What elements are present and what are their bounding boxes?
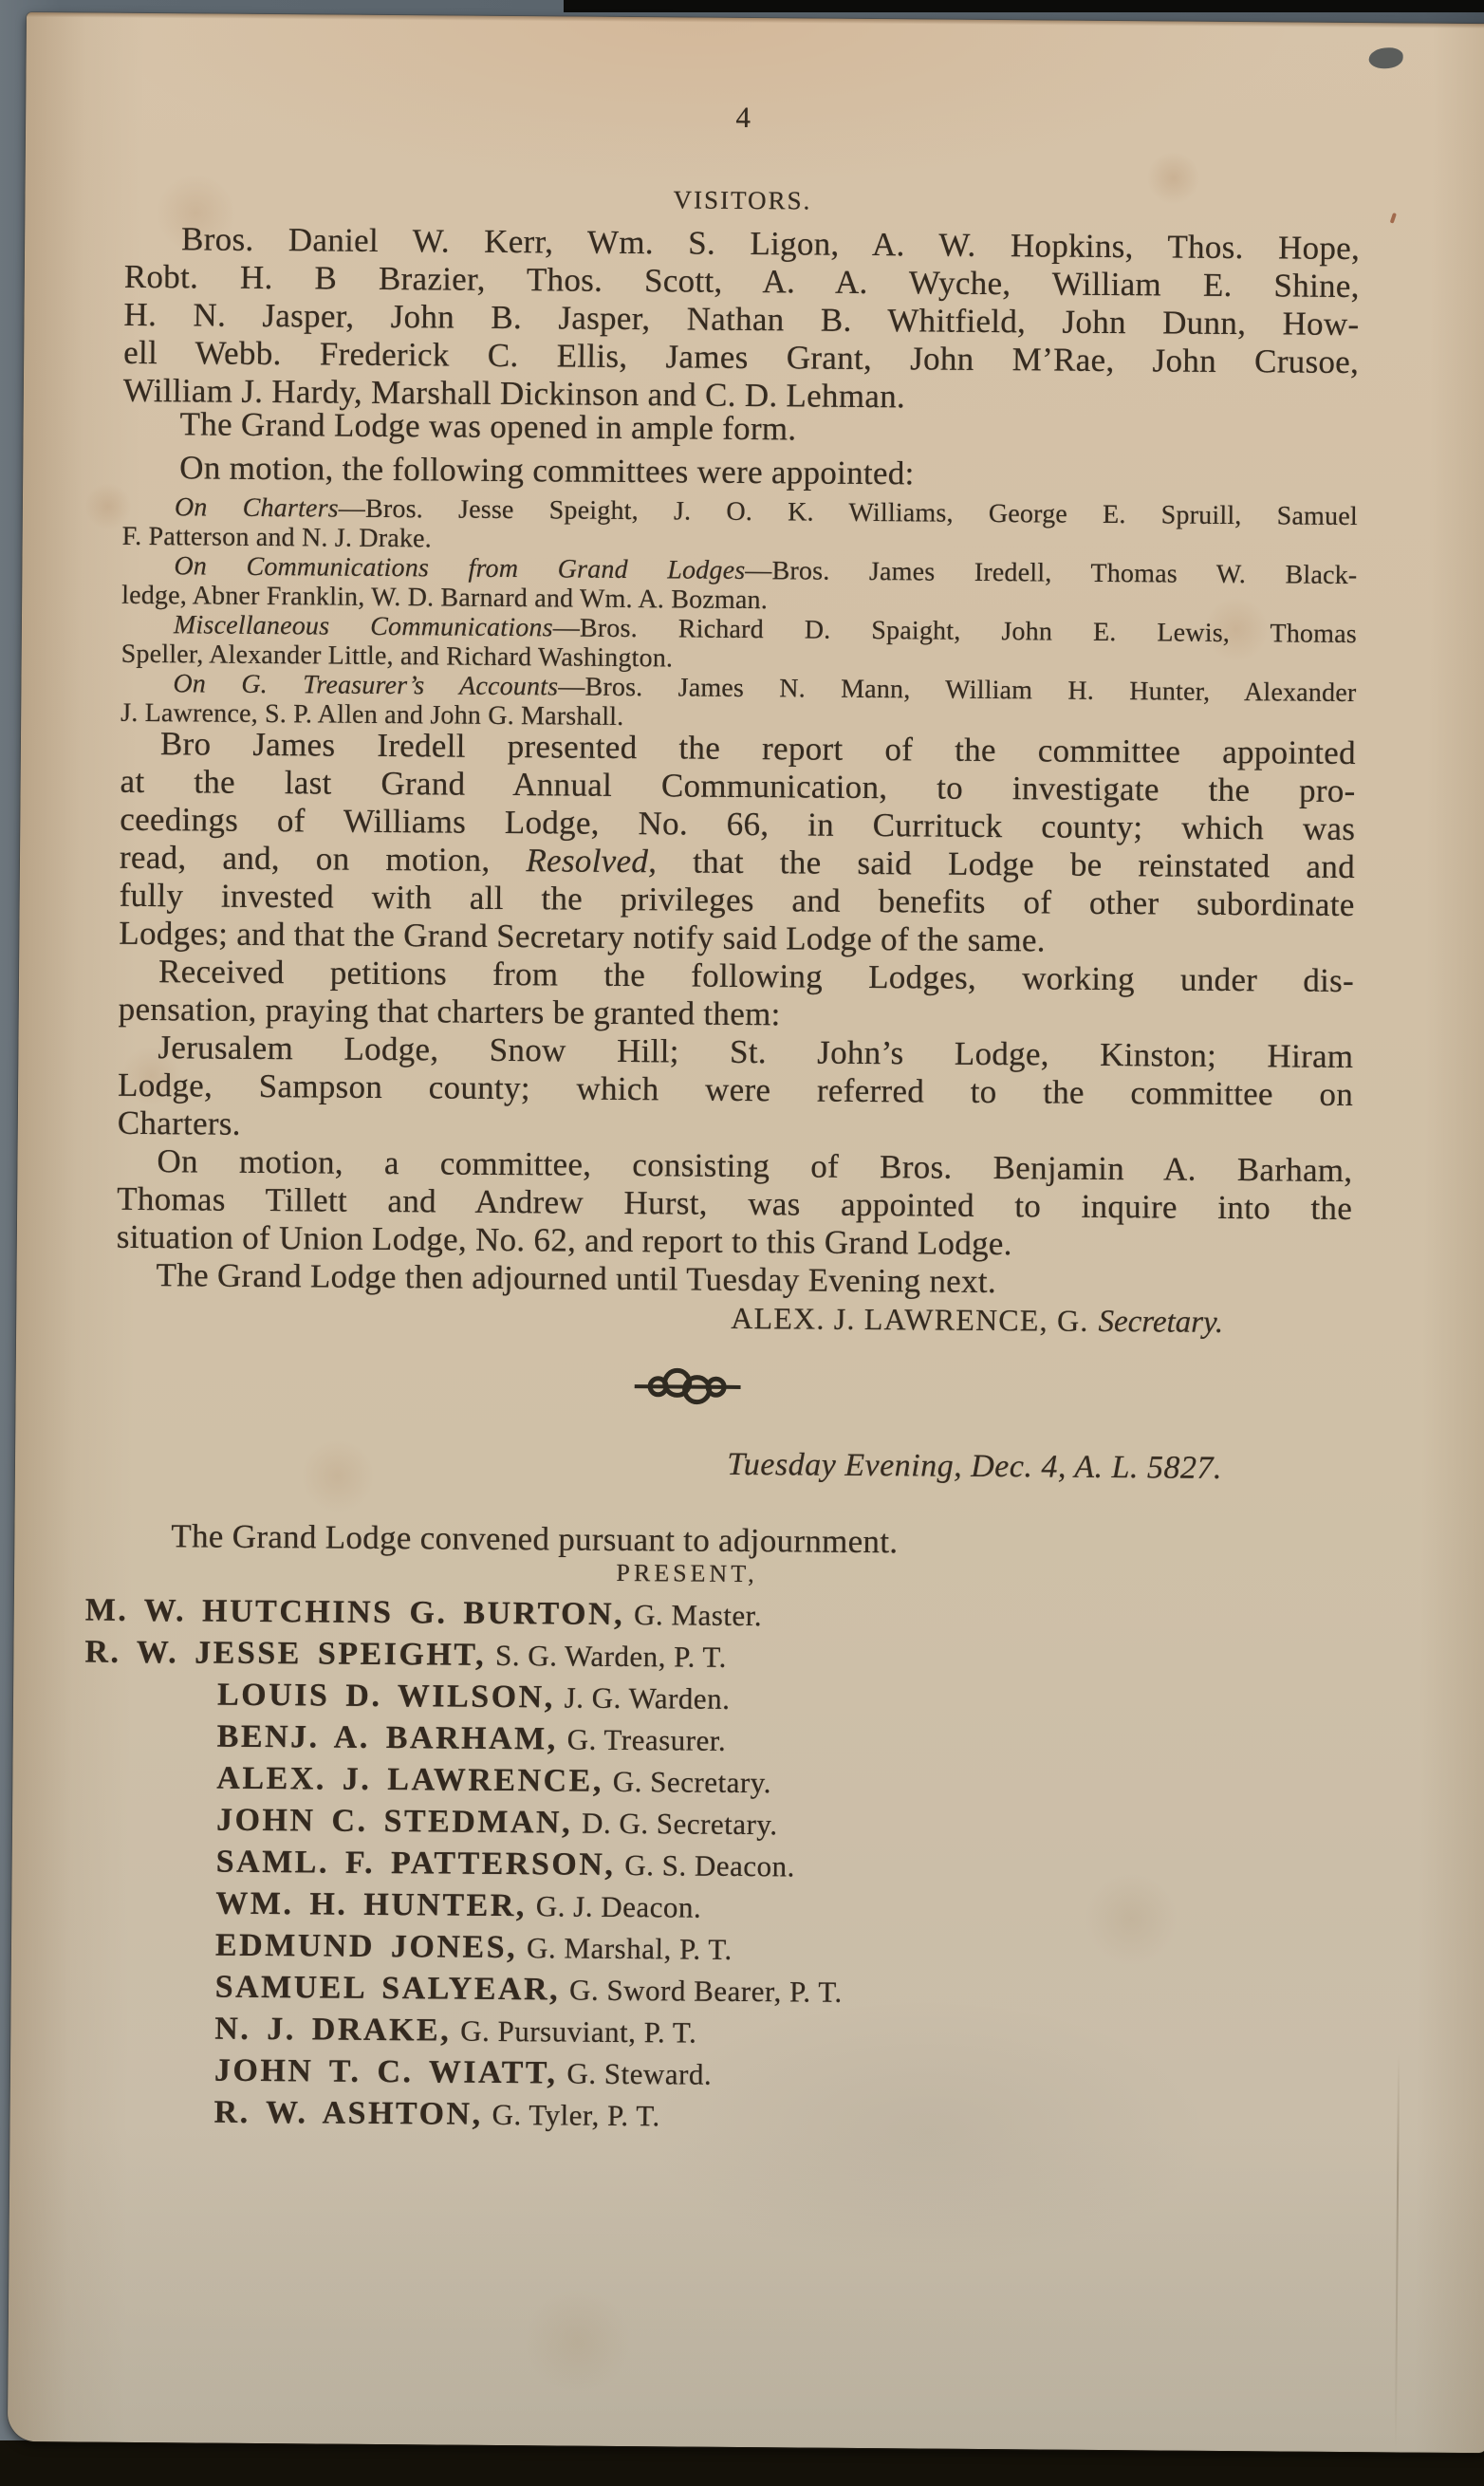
officer-title: G. Marshal, P. T. (527, 1931, 733, 1966)
committee-name: On G. Treasurer’s Accounts (173, 669, 558, 701)
resolved-word: Resolved, (526, 842, 657, 880)
officer-title: G. Master. (634, 1598, 762, 1632)
report-text: read, and, on motion, (120, 839, 527, 879)
page-number: 4 (125, 96, 1361, 140)
scanner-bed-top (564, 0, 1484, 12)
section-heading: VISITORS. (124, 181, 1360, 221)
officer-list: M. W. HUTCHINS G. BURTON,G. Master. R. W… (81, 1593, 1413, 2146)
officer-name: R. W. ASHTON, (213, 2095, 482, 2132)
officer-name: SAMUEL SALYEAR, (215, 1970, 561, 2008)
officer-title: S. G. Warden, P. T. (495, 1639, 727, 1674)
officer-title: D. G. Secretary. (582, 1807, 778, 1842)
officer-title: G. Tyler, P. T. (492, 2098, 659, 2132)
committee-name: On Charters (175, 492, 339, 523)
opening-line: On motion, the following committees were… (122, 448, 1358, 497)
officer-title: G. Sword Bearer, P. T. (569, 1974, 843, 2009)
officer-name: JOHN C. STEDMAN, (216, 1803, 572, 1841)
paper-fleck (1390, 213, 1397, 224)
session-date: Tuesday Evening, Dec. 4, A. L. 5827. (115, 1441, 1350, 1489)
officer-name: BENJ. A. BARHAM, (217, 1719, 558, 1757)
ink-stain (1369, 47, 1403, 68)
officer-title: G. Pursuviant, P. T. (460, 2014, 696, 2050)
officer-name: LOUIS D. WILSON, (217, 1678, 555, 1716)
officer-name: JOHN T. C. WIATT, (214, 2053, 558, 2091)
opening-line: The Grand Lodge was opened in ample form… (122, 404, 1358, 454)
officer-name: WM. H. HUNTER, (215, 1886, 527, 1924)
officer-name: ALEX. J. LAWRENCE, (216, 1761, 603, 1799)
officer-title: G. J. Deacon. (536, 1889, 702, 1923)
officer-title: J. G. Warden. (565, 1681, 731, 1716)
officer-title: G. Steward. (566, 2057, 712, 2091)
officer-name: M. W. HUTCHINS G. BURTON, (85, 1593, 625, 1632)
committee-name: Miscellaneous Communications (174, 610, 553, 642)
book-scan: 4 VISITORS. Bros. Daniel W. Kerr, Wm. S.… (0, 0, 1484, 2486)
signature-title: Secretary. (1098, 1305, 1223, 1340)
officer-name: N. J. DRAKE, (214, 2012, 451, 2049)
scanned-page: 4 VISITORS. Bros. Daniel W. Kerr, Wm. S.… (8, 12, 1484, 2453)
officer-title: G. S. Deacon. (624, 1848, 795, 1883)
knot-ornament-icon (634, 1364, 740, 1410)
report-text: that the said Lodge be reinstated and (657, 843, 1355, 885)
officer-title: G. Secretary. (613, 1765, 771, 1799)
secretary-signature: ALEX. J. LAWRENCE, G.Secretary. (116, 1296, 1351, 1343)
officer-title: G. Treasurer. (567, 1723, 727, 1757)
signature-name: ALEX. J. LAWRENCE, G. (731, 1301, 1089, 1338)
officer-name: EDMUND JONES, (215, 1928, 517, 1965)
officer-name: R. W. JESSE SPEIGHT, (84, 1635, 486, 1673)
officer-name: SAML. F. PATTERSON, (216, 1845, 616, 1883)
